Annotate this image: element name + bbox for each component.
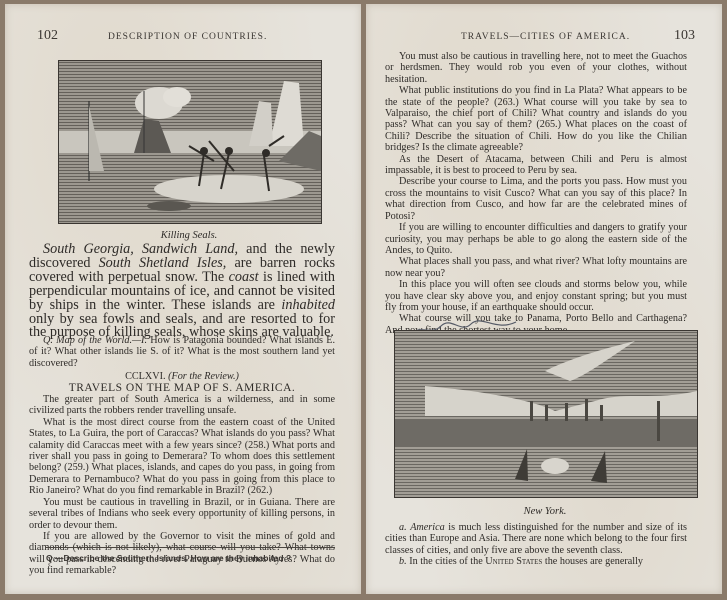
map-question: Q. Map of the World.—I. How is Patagonia… [29,335,335,369]
page-number: 102 [37,28,58,44]
review-note: (For the Review.) [168,371,239,382]
body-paragraph: In this place you will often see clouds … [385,279,687,313]
intro-paragraph: South Georgia, Sandwich Land, and the ne… [29,243,335,340]
illustration-caption: Killing Seals. [58,230,320,241]
body-paragraph: What public institutions do you find in … [385,85,687,153]
illustration-caption: New York. [394,506,696,517]
section-number: CCLXVI. [125,371,165,382]
seal-hunting-engraving-icon [59,61,321,223]
body-paragraph: The greater part of South America is a w… [29,394,335,417]
footer-rule [45,547,335,548]
small-caps-term: United States [485,556,542,567]
body-paragraph: You must be cautious in travelling in Br… [29,497,335,531]
page-number: 103 [674,28,695,44]
left-page: 102 DESCRIPTION OF COUNTRIES. [5,4,361,594]
running-head: DESCRIPTION OF COUNTRIES. [108,32,267,42]
body-paragraph: If you are willing to encounter difficul… [385,222,687,256]
body-paragraph: Describe your course to Lima, and the po… [385,176,687,222]
section-number-line: CCLXVI. (For the Review.) [29,371,335,382]
text-run: In the cities of the [409,556,485,567]
cities-body: a. America is much less distinguished fo… [385,522,687,568]
body-paragraph: As the Desert of Atacama, between Chili … [385,154,687,177]
section-title: TRAVELS ON THE MAP OF S. AMERICA. [29,383,335,394]
text-run: the houses are generally [542,556,643,567]
paragraph-a: a. America is much less distinguished fo… [385,522,687,556]
keyword-emphasis: America [410,522,445,533]
right-body: You must also be cautious in travelling … [385,51,687,353]
paragraph-label: a. [399,522,407,533]
question-lead: Q. Map of the World.—I. [43,335,147,346]
paragraph-label: b. [399,556,407,567]
left-body: Q. Map of the World.—I. How is Patagonia… [29,335,335,577]
body-paragraph: You must also be cautious in travelling … [385,51,687,85]
body-paragraph: What is the most direct course from the … [29,417,335,497]
illustration-killing-seals [58,60,322,224]
right-page: TRAVELS—CITIES OF AMERICA. 103 You must … [366,4,722,594]
body-paragraph: What places shall you pass, and what riv… [385,256,687,279]
illustration-new-york [394,330,698,498]
paragraph-b: b. In the cities of the United States th… [385,556,687,567]
new-york-harbor-engraving-icon [395,331,697,497]
running-head: TRAVELS—CITIES OF AMERICA. [461,32,630,42]
footer-question: Q.—Describe the Southern Islands. How ar… [46,553,291,563]
